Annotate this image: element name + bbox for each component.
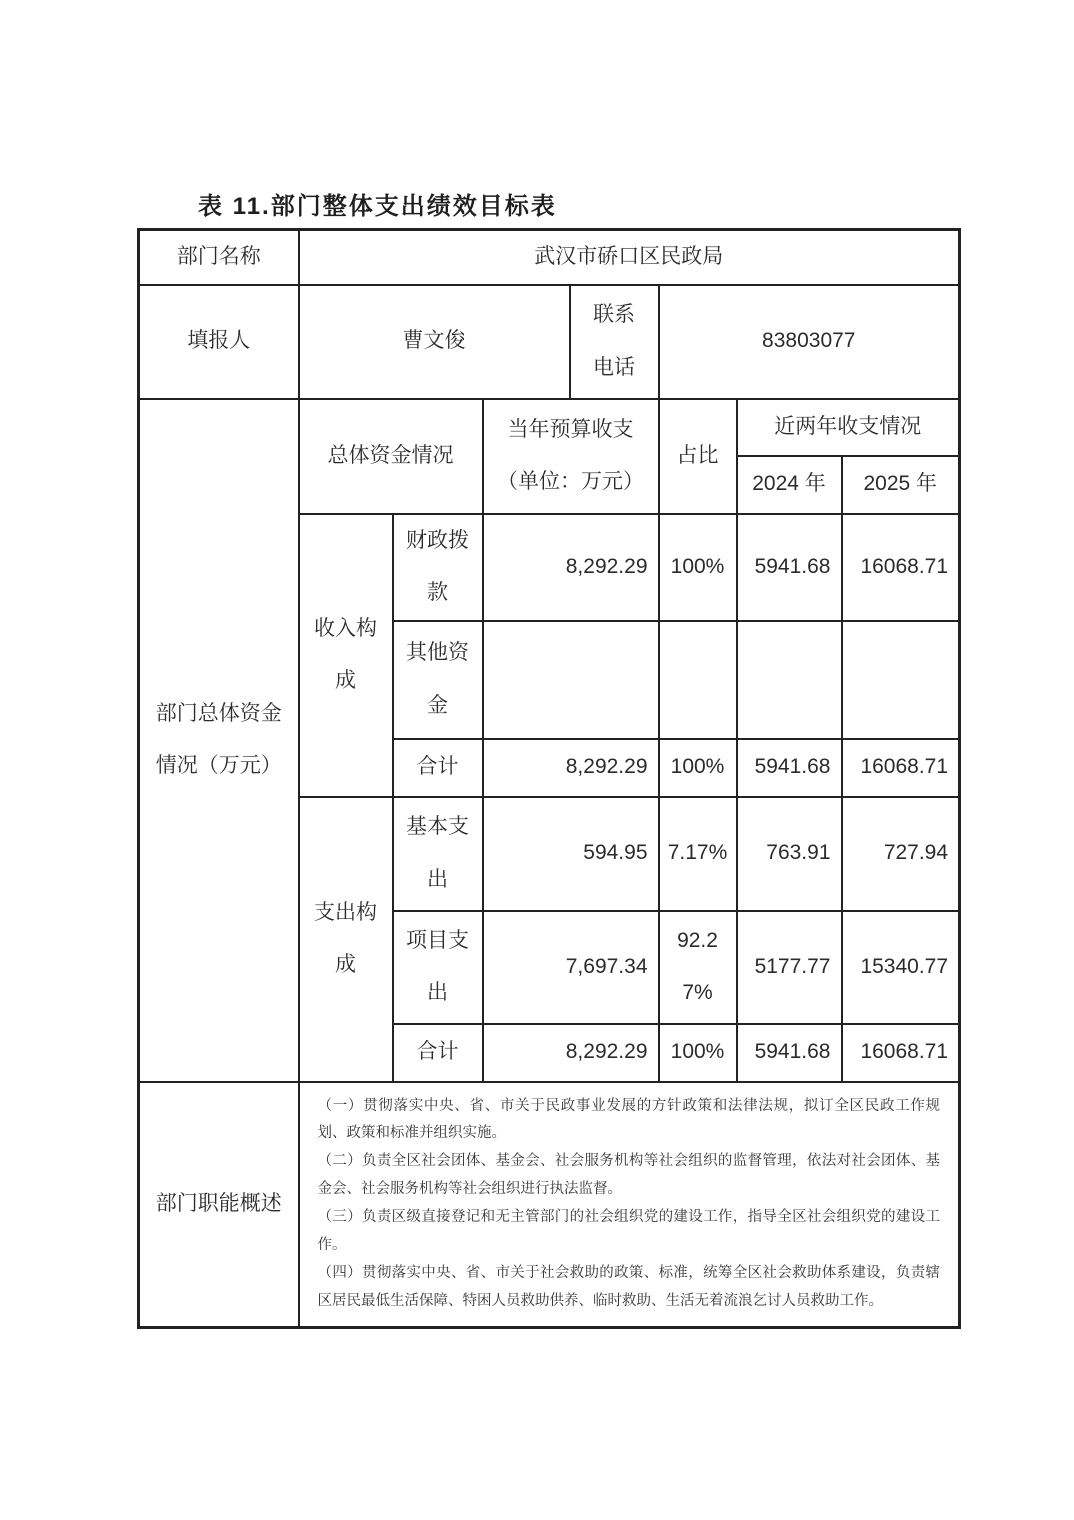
- expense-total-label: 合计: [393, 1024, 483, 1082]
- income-fiscal-ratio: 100%: [659, 514, 737, 621]
- performance-target-table: 部门名称 武汉市硚口区民政局 填报人 曹文俊 联系电话 83803077 部门总…: [137, 228, 961, 1329]
- document-page: 表 11.部门整体支出绩效目标表 部门名称 武汉市硚口区民政局 填报人 曹文俊 …: [0, 0, 1074, 1520]
- income-group-label: 收入构成: [299, 514, 393, 797]
- expense-total-2024: 5941.68: [737, 1024, 842, 1082]
- table-row: 填报人 曹文俊 联系电话 83803077: [139, 285, 960, 399]
- functions-item-4: （四）贯彻落实中央、省、市关于社会救助的政策、标准，统筹全区社会救助体系建设，负…: [318, 1260, 941, 1316]
- ratio-header: 占比: [659, 399, 737, 514]
- expense-group-label: 支出构成: [299, 797, 393, 1082]
- expense-total-ratio: 100%: [659, 1024, 737, 1082]
- income-other-ratio: [659, 621, 737, 739]
- income-total-label: 合计: [393, 739, 483, 797]
- income-total-budget: 8,292.29: [483, 739, 659, 797]
- dept-name-label: 部门名称: [139, 230, 299, 285]
- income-other-2024: [737, 621, 842, 739]
- functions-item-1: （一）贯彻落实中央、省、市关于民政事业发展的方针政策和法律法规，拟订全区民政工作…: [318, 1093, 941, 1149]
- income-fiscal-2025: 16068.71: [842, 514, 960, 621]
- table-row: 部门职能概述 （一）贯彻落实中央、省、市关于民政事业发展的方针政策和法律法规，拟…: [139, 1082, 960, 1328]
- income-total-ratio: 100%: [659, 739, 737, 797]
- expense-total-budget: 8,292.29: [483, 1024, 659, 1082]
- expense-basic-label: 基本支出: [393, 797, 483, 911]
- income-total-2024: 5941.68: [737, 739, 842, 797]
- expense-basic-budget: 594.95: [483, 797, 659, 911]
- income-other-budget: [483, 621, 659, 739]
- year-2024-header: 2024 年: [737, 456, 842, 514]
- expense-basic-ratio: 7.17%: [659, 797, 737, 911]
- income-other-2025: [842, 621, 960, 739]
- funding-section-label: 部门总体资金情况（万元）: [139, 399, 299, 1082]
- page-title: 表 11.部门整体支出绩效目标表: [198, 186, 557, 221]
- expense-project-2025: 15340.77: [842, 911, 960, 1024]
- table-row: 部门总体资金情况（万元） 总体资金情况 当年预算收支 （单位：万元） 占比 近两…: [139, 399, 960, 456]
- expense-project-ratio: 92.27%: [659, 911, 737, 1024]
- dept-name-value: 武汉市硚口区民政局: [299, 230, 960, 285]
- year-2025-header: 2025 年: [842, 456, 960, 514]
- income-other-label: 其他资金: [393, 621, 483, 739]
- income-fiscal-label: 财政拨款: [393, 514, 483, 621]
- current-budget-header: 当年预算收支 （单位：万元）: [483, 399, 659, 514]
- income-fiscal-budget: 8,292.29: [483, 514, 659, 621]
- functions-label: 部门职能概述: [139, 1082, 299, 1328]
- income-fiscal-2024: 5941.68: [737, 514, 842, 621]
- reporter-value: 曹文俊: [299, 285, 570, 399]
- expense-total-2025: 16068.71: [842, 1024, 960, 1082]
- expense-basic-2025: 727.94: [842, 797, 960, 911]
- reporter-label: 填报人: [139, 285, 299, 399]
- functions-content: （一）贯彻落实中央、省、市关于民政事业发展的方针政策和法律法规，拟订全区民政工作…: [299, 1082, 960, 1328]
- table-row: 部门名称 武汉市硚口区民政局: [139, 230, 960, 285]
- expense-project-budget: 7,697.34: [483, 911, 659, 1024]
- functions-item-2: （二）负责全区社会团体、基金会、社会服务机构等社会组织的监督管理，依法对社会团体…: [318, 1148, 941, 1204]
- recent-years-header: 近两年收支情况: [737, 399, 960, 456]
- functions-item-3: （三）负责区级直接登记和无主管部门的社会组织党的建设工作，指导全区社会组织党的建…: [318, 1204, 941, 1260]
- expense-project-label: 项目支出: [393, 911, 483, 1024]
- expense-project-2024: 5177.77: [737, 911, 842, 1024]
- contact-phone-label: 联系电话: [570, 285, 659, 399]
- contact-phone-value: 83803077: [659, 285, 960, 399]
- expense-basic-2024: 763.91: [737, 797, 842, 911]
- overall-funding-header: 总体资金情况: [299, 399, 483, 514]
- income-total-2025: 16068.71: [842, 739, 960, 797]
